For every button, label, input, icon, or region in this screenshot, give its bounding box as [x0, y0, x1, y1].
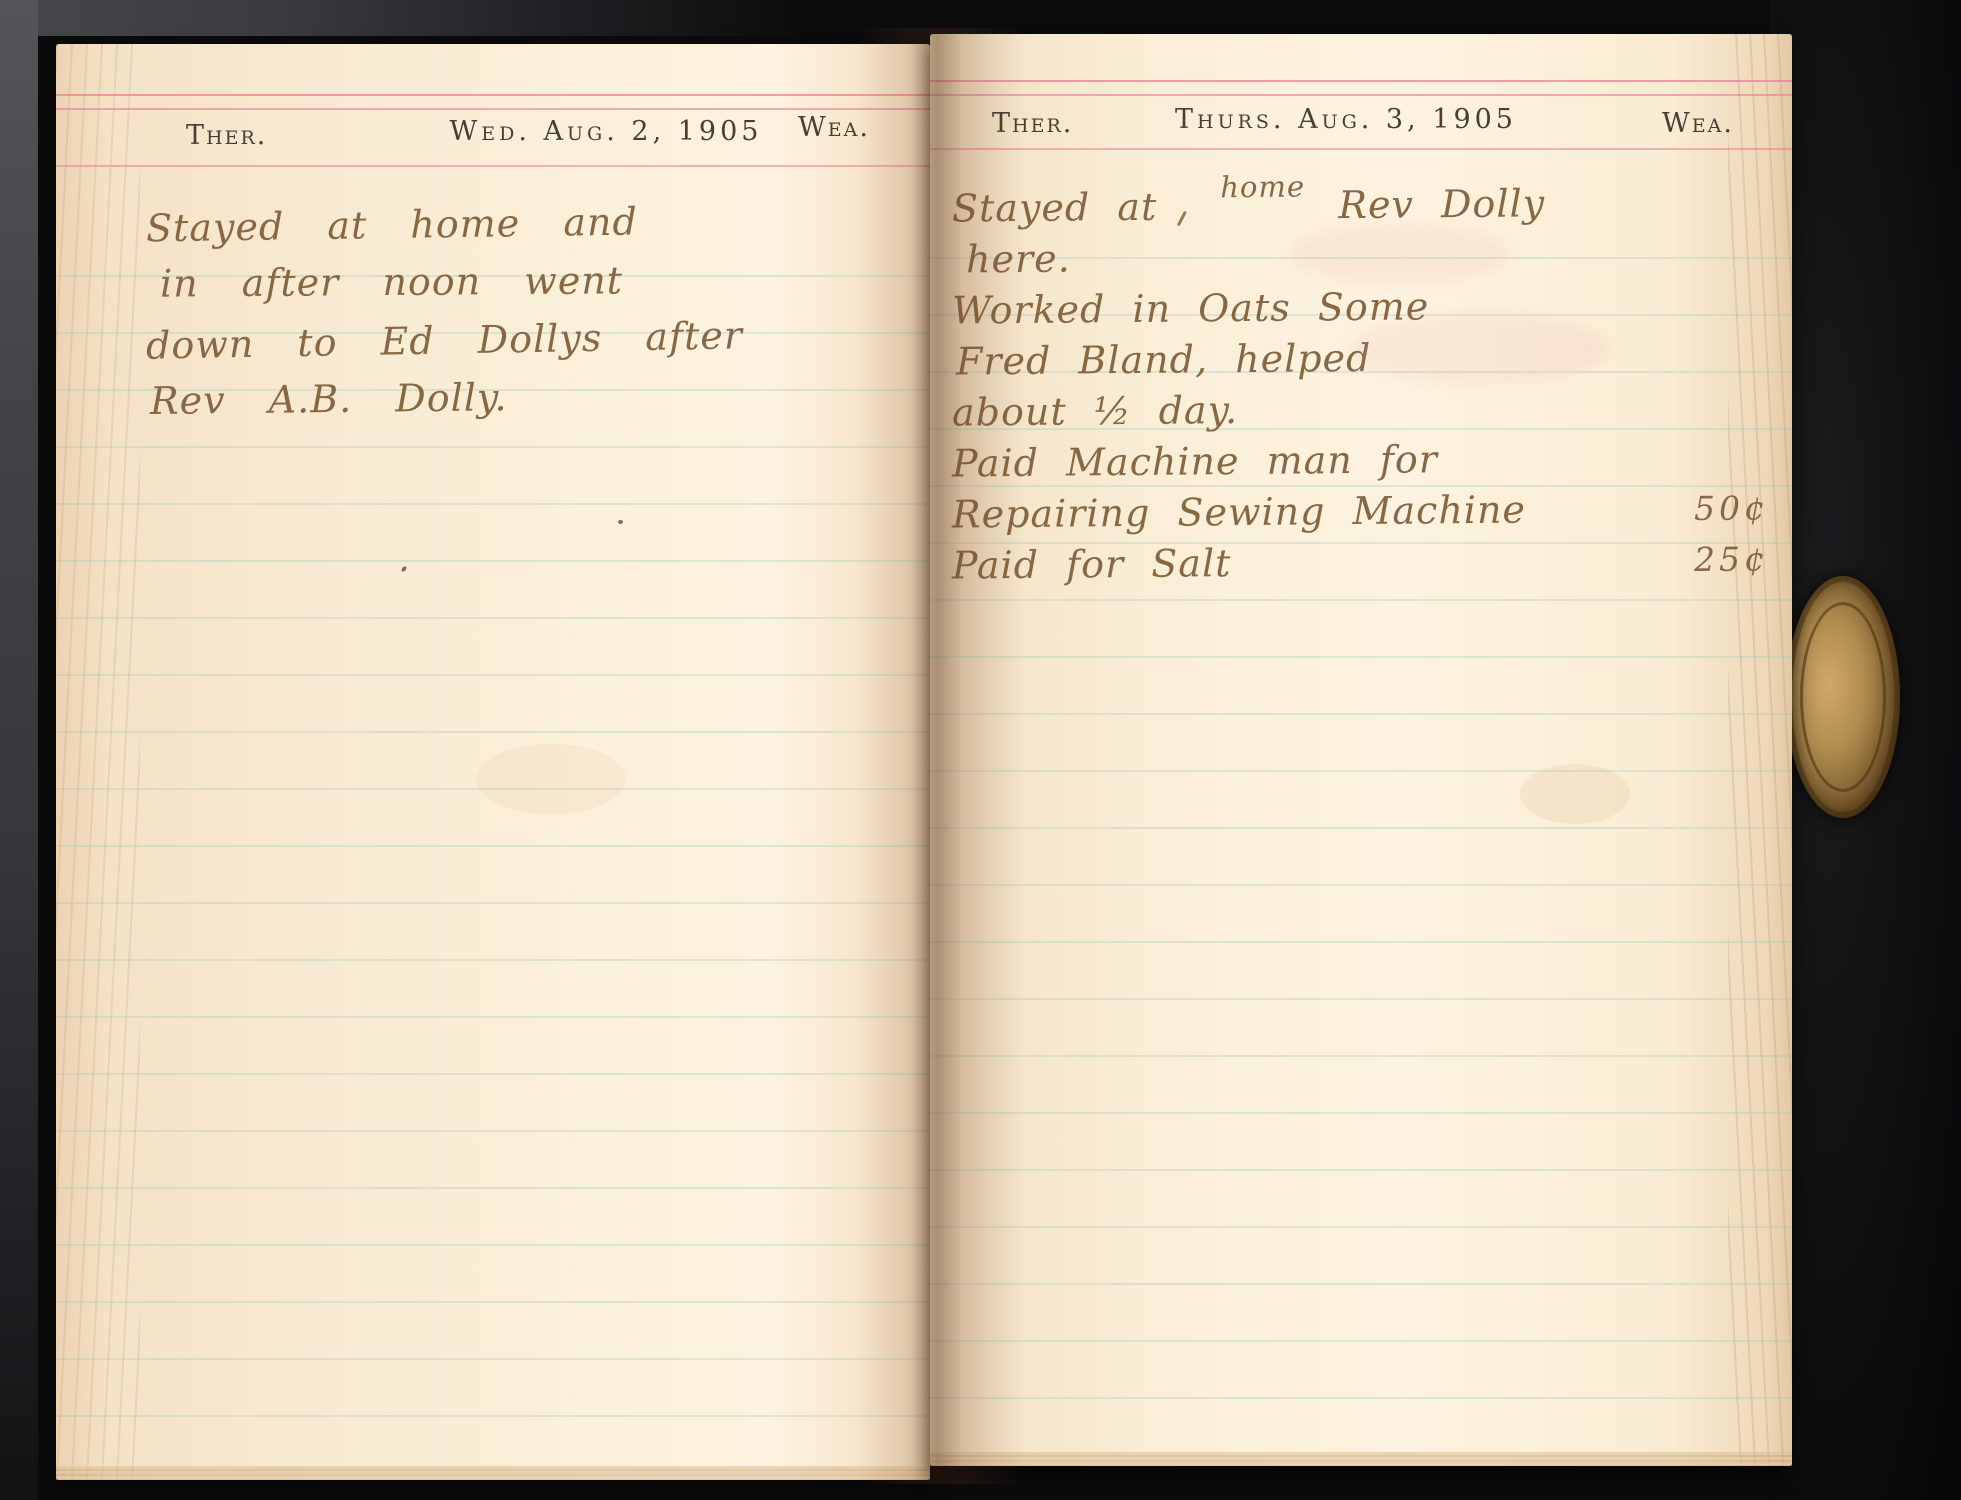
entry-line-post: Rev Dolly [1338, 181, 1545, 227]
top-double-rule [930, 80, 1792, 96]
diary-page-left: Ther. Wed. Aug. 2, 1905 Wea. Stayed at h… [56, 44, 930, 1480]
embossed-seal-icon [1786, 576, 1900, 818]
expense-amount: 25¢ [1694, 533, 1769, 585]
ink-showthrough [1290, 224, 1510, 284]
expense-line: Paid for Salt 25¢ [952, 533, 1762, 591]
entry-line: Rev A.B. Dolly. [146, 364, 917, 430]
diary-entry: Stayed at home and in after noon went do… [146, 194, 916, 426]
scanned-diary-photo: Ther. Wed. Aug. 2, 1905 Wea. Stayed at h… [0, 0, 1961, 1500]
scanner-background-left [0, 0, 38, 1500]
entry-line: down to Ed Dollys after [146, 303, 917, 374]
book-gutter-shadow [856, 28, 1026, 1484]
paper-stain [476, 744, 626, 814]
wea-label: Wea. [1662, 108, 1734, 139]
entry-line: Stayed at home and [146, 189, 917, 258]
seal-ring [1800, 602, 1886, 792]
paper-stain [1520, 764, 1630, 824]
header-rule [56, 165, 930, 167]
page-date: Thurs. Aug. 3, 1905 [1126, 104, 1566, 135]
entry-line: Paid Machine man for [952, 431, 1762, 489]
insertion-caret-mark [1177, 211, 1187, 227]
page-edge-bottom [930, 1452, 1792, 1466]
inserted-word: home [1220, 161, 1305, 213]
ther-label: Ther. [186, 120, 267, 151]
page-date: Wed. Aug. 2, 1905 [416, 116, 796, 147]
ink-speck [618, 520, 623, 524]
expense-item: Repairing Sewing Machine [952, 488, 1526, 537]
entry-line: about ½ day. [952, 380, 1762, 438]
scanner-background-top [0, 0, 800, 36]
expense-line: Repairing Sewing Machine 50¢ [952, 482, 1762, 540]
header-rule [930, 148, 1792, 150]
entry-line: Worked in Oats Some [952, 278, 1762, 336]
entry-line: in after noon went [146, 249, 916, 312]
top-double-rule [56, 94, 930, 110]
expense-amount: 50¢ [1694, 482, 1769, 534]
page-edge-bottom [56, 1466, 930, 1480]
diary-page-right: Ther. Thurs. Aug. 3, 1905 Wea. Stayed at… [930, 34, 1792, 1466]
ink-showthrough [1350, 314, 1610, 384]
